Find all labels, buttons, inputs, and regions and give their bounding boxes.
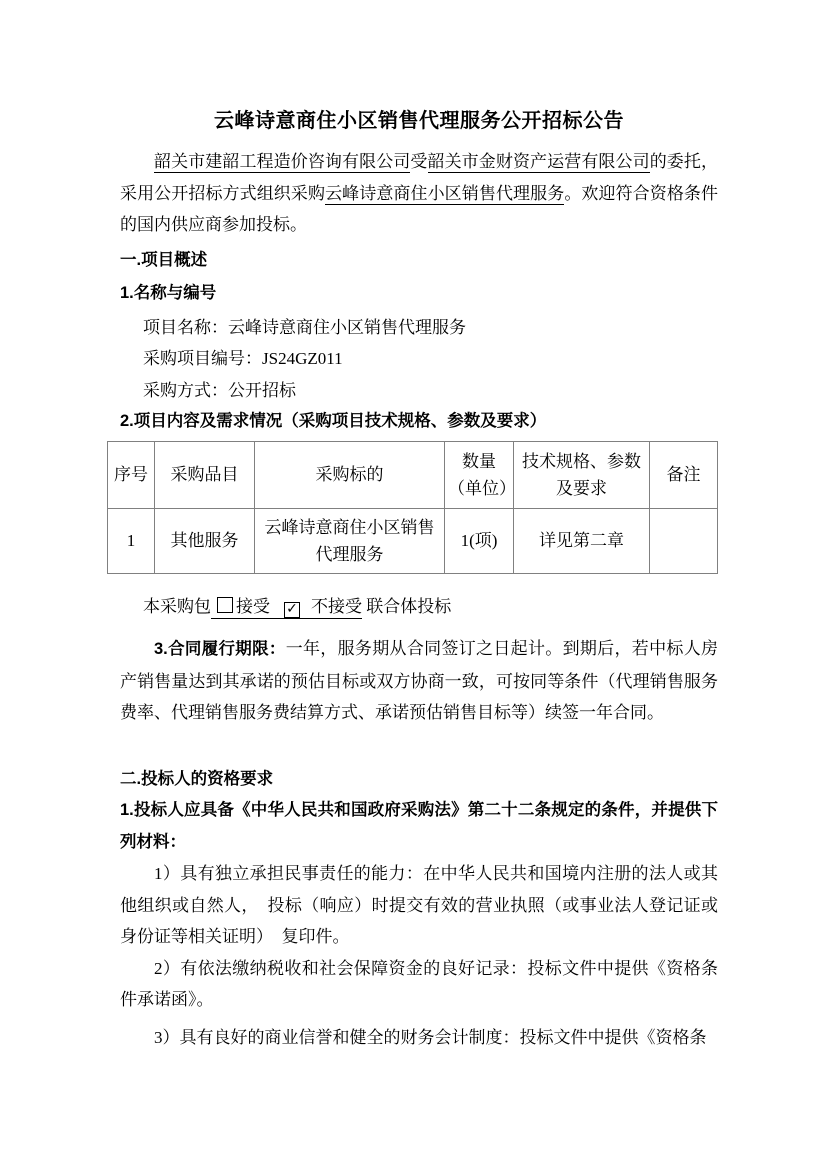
qualification-item-3: 3）具有良好的商业信誉和健全的财务会计制度：投标文件中提供《资格条: [120, 1022, 718, 1054]
cell-quantity: 1(项): [445, 508, 514, 573]
contract-term-label: 3.合同履行期限：: [154, 640, 286, 658]
col-header-seq: 序号: [108, 441, 155, 508]
cell-seq: 1: [108, 508, 155, 573]
intro-conjunction: 受: [410, 152, 427, 171]
reject-label: 不接受: [311, 597, 362, 616]
section-1-sub-1-heading: 1.名称与编号: [120, 278, 718, 310]
section-2-heading: 二.投标人的资格要求: [120, 764, 718, 796]
section-2-sub-1-heading: 1.投标人应具备《中华人民共和国政府采购法》第二十二条规定的条件，并提供下列材料…: [120, 795, 718, 858]
consortium-options: 接受✓不接受: [211, 597, 362, 619]
cell-specs: 详见第二章: [514, 508, 650, 573]
project-number-line: 采购项目编号：JS24GZ011: [120, 343, 718, 375]
contract-term-paragraph: 3.合同履行期限：一年，服务期从合同签订之日起计。到期后，若中标人房产销售量达到…: [120, 633, 718, 729]
project-name-items: 项目名称：云峰诗意商住小区销售代理服务 采购项目编号：JS24GZ011 采购方…: [120, 312, 718, 407]
document-page: 云峰诗意商住小区销售代理服务公开招标公告 韶关市建韶工程造价咨询有限公司受韶关市…: [0, 0, 827, 1170]
col-header-subject: 采购标的: [255, 441, 445, 508]
col-header-category: 采购品目: [155, 441, 255, 508]
cell-remarks: [650, 508, 718, 573]
section-1-sub-2-heading: 2.项目内容及需求情况（采购项目技术规格、参数及要求）: [120, 406, 718, 438]
consortium-bid-line: 本采购包接受✓不接受 联合体投标: [120, 591, 718, 623]
cell-subject: 云峰诗意商住小区销售 代理服务: [255, 508, 445, 573]
procurement-table: 序号 采购品目 采购标的 数量 （单位） 技术规格、参数 及要求 备注 1 其他…: [107, 441, 718, 574]
document-content: 云峰诗意商住小区销售代理服务公开招标公告 韶关市建韶工程造价咨询有限公司受韶关市…: [120, 0, 718, 1053]
purchaser-name: 韶关市金财资产运营有限公司: [428, 152, 650, 173]
document-title: 云峰诗意商住小区销售代理服务公开招标公告: [120, 104, 718, 138]
cell-category: 其他服务: [155, 508, 255, 573]
col-header-specs: 技术规格、参数 及要求: [514, 441, 650, 508]
table-header-row: 序号 采购品目 采购标的 数量 （单位） 技术规格、参数 及要求 备注: [108, 441, 718, 508]
table-row: 1 其他服务 云峰诗意商住小区销售 代理服务 1(项) 详见第二章: [108, 508, 718, 573]
section-1-heading: 一.项目概述: [120, 245, 718, 277]
accept-label: 接受: [236, 597, 270, 616]
procurement-method-line: 采购方式：公开招标: [120, 375, 718, 407]
consortium-suffix: 联合体投标: [362, 597, 451, 616]
reject-checkbox: ✓: [284, 602, 300, 618]
accept-checkbox: [217, 597, 233, 613]
qualification-item-1: 1）具有独立承担民事责任的能力：在中华人民共和国境内注册的法人或其他组织或自然人…: [120, 858, 718, 953]
col-header-remarks: 备注: [650, 441, 718, 508]
project-name: 云峰诗意商住小区销售代理服务: [325, 184, 564, 205]
project-name-line: 项目名称：云峰诗意商住小区销售代理服务: [120, 312, 718, 344]
consortium-prefix: 本采购包: [143, 597, 211, 616]
qualification-item-2: 2）有依法缴纳税收和社会保障资金的良好记录：投标文件中提供《资格条件承诺函》。: [120, 953, 718, 1016]
intro-paragraph: 韶关市建韶工程造价咨询有限公司受韶关市金财资产运营有限公司的委托，采用公开招标方…: [120, 146, 718, 241]
agency-name: 韶关市建韶工程造价咨询有限公司: [154, 152, 410, 173]
col-header-quantity: 数量 （单位）: [445, 441, 514, 508]
